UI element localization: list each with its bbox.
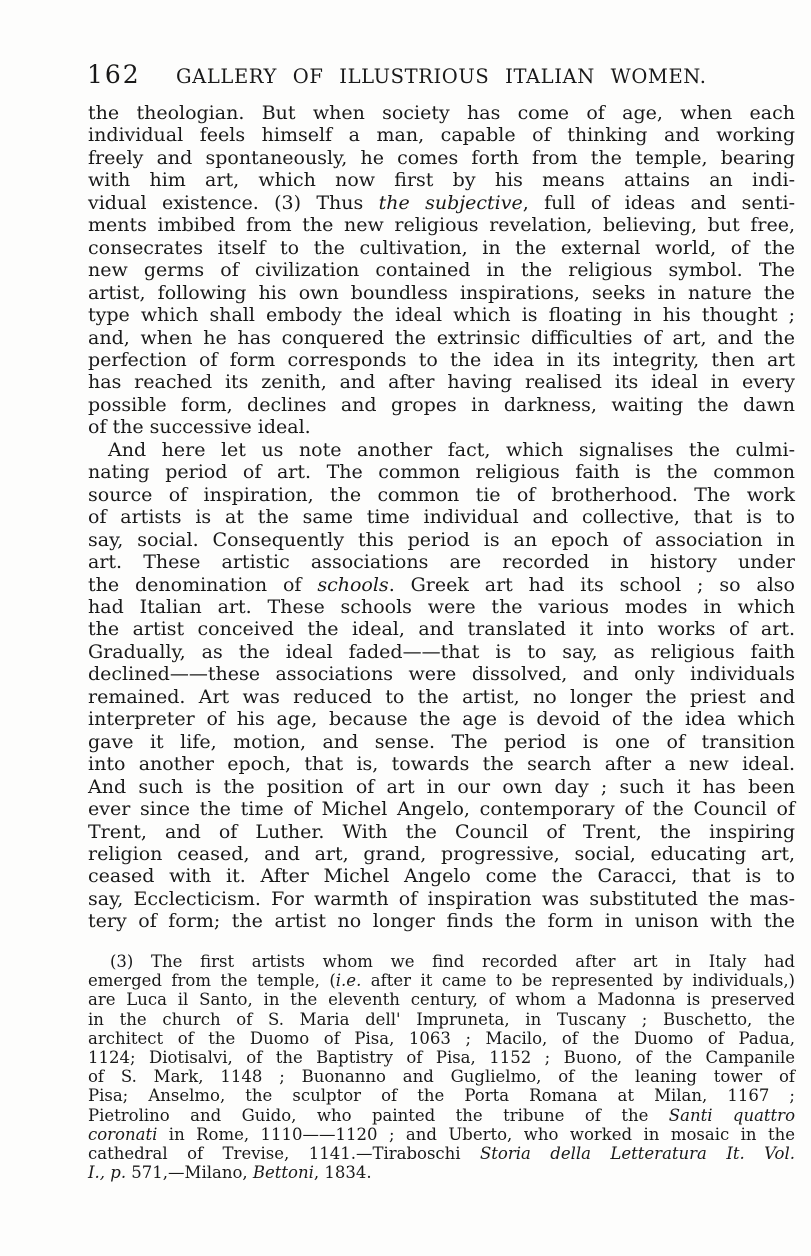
text-line: say, Ecclecticism. For warmth of inspira… xyxy=(88,888,795,910)
text-line: architect of the Duomo of Pisa, 1063 ; M… xyxy=(88,1029,795,1048)
text-segment: Pietrolino and Guido, who painted the tr… xyxy=(88,1106,669,1125)
text-segment: has reached its zenith, and after having… xyxy=(88,371,795,393)
text-segment: and, when he has conquered the extrinsic… xyxy=(88,327,795,349)
text-line: gave it life, motion, and sense. The per… xyxy=(88,731,795,753)
text-line: Trent, and of Luther. With the Council o… xyxy=(88,821,795,843)
footnote: (3) The first artists whom we find recor… xyxy=(88,952,795,1182)
text-segment: Trent, and of Luther. With the Council o… xyxy=(88,821,795,843)
text-line: Gradually, as the ideal faded——that is t… xyxy=(88,641,795,663)
text-line: into another epoch, that is, towards the… xyxy=(88,753,795,775)
italic-text: Storia della Letteratura It. Vol. xyxy=(480,1144,795,1163)
text-segment: architect of the Duomo of Pisa, 1063 ; M… xyxy=(88,1029,795,1048)
text-line: religion ceased, and art, grand, progres… xyxy=(88,843,795,865)
text-segment: (3) The first artists whom we find recor… xyxy=(110,952,795,971)
text-line: ments imbibed from the new religious rev… xyxy=(88,214,795,236)
text-segment: consecrates itself to the cultivation, i… xyxy=(88,237,795,259)
text-line: of the successive ideal. xyxy=(88,416,795,438)
text-line: interpreter of his age, because the age … xyxy=(88,708,795,730)
text-line: And here let us note another fact, which… xyxy=(88,439,795,461)
text-line: the denomination of schools. Greek art h… xyxy=(88,574,795,596)
text-line: in the church of S. Maria dell' Imprunet… xyxy=(88,1010,795,1029)
text-line: 1124; Diotisalvi, of the Baptistry of Pi… xyxy=(88,1048,795,1067)
text-line: possible form, declines and gropes in da… xyxy=(88,394,795,416)
text-line: new germs of civilization contained in t… xyxy=(88,259,795,281)
text-line: of S. Mark, 1148 ; Buonanno and Guglielm… xyxy=(88,1067,795,1086)
text-line: And such is the position of art in our o… xyxy=(88,776,795,798)
text-line: I., p. 571,—Milano, Bettoni, 1834. xyxy=(88,1163,795,1182)
text-segment: say, Ecclecticism. For warmth of inspira… xyxy=(88,888,795,910)
text-segment: of S. Mark, 1148 ; Buonanno and Guglielm… xyxy=(88,1067,795,1086)
italic-text: coronati xyxy=(88,1125,157,1144)
text-line: Pisa; Anselmo, the sculptor of the Porta… xyxy=(88,1086,795,1105)
text-segment: Pisa; Anselmo, the sculptor of the Porta… xyxy=(88,1086,795,1105)
text-segment: And such is the position of art in our o… xyxy=(88,776,795,798)
text-line: tery of form; the artist no longer finds… xyxy=(88,910,795,932)
text-segment: new germs of civilization contained in t… xyxy=(88,259,795,281)
text-segment: gave it life, motion, and sense. The per… xyxy=(88,731,795,753)
text-segment: into another epoch, that is, towards the… xyxy=(88,753,795,775)
book-page: 162 GALLERY OF ILLUSTRIOUS ITALIAN WOMEN… xyxy=(0,0,811,1256)
text-line: (3) The first artists whom we find recor… xyxy=(88,952,795,971)
text-segment: artist, following his own boundless insp… xyxy=(88,282,795,304)
text-segment: after it came to be represented by indiv… xyxy=(361,971,795,990)
italic-text: Santi quattro xyxy=(669,1106,795,1125)
text-line: individual feels himself a man, capable … xyxy=(88,124,795,146)
text-line: has reached its zenith, and after having… xyxy=(88,371,795,393)
text-segment: perfection of form corresponds to the id… xyxy=(88,349,795,371)
text-line: Pietrolino and Guido, who painted the tr… xyxy=(88,1106,795,1125)
text-line: artist, following his own boundless insp… xyxy=(88,282,795,304)
text-line: perfection of form corresponds to the id… xyxy=(88,349,795,371)
text-line: the artist conceived the ideal, and tran… xyxy=(88,618,795,640)
italic-text: Bettoni xyxy=(253,1163,314,1182)
running-title: GALLERY OF ILLUSTRIOUS ITALIAN WOMEN. xyxy=(176,65,707,88)
text-line: ever since the time of Michel Angelo, co… xyxy=(88,798,795,820)
text-line: with him art, which now first by his mea… xyxy=(88,169,795,191)
text-segment: individual feels himself a man, capable … xyxy=(88,124,795,146)
text-segment: say, social. Consequently this period is… xyxy=(88,529,795,551)
text-line: remained. Art was reduced to the artist,… xyxy=(88,686,795,708)
text-segment: And here let us note another fact, which… xyxy=(108,439,795,461)
text-line: source of inspiration, the common tie of… xyxy=(88,484,795,506)
text-line: cathedral of Trevise, 1141.—Tiraboschi S… xyxy=(88,1144,795,1163)
text-line: consecrates itself to the cultivation, i… xyxy=(88,237,795,259)
text-line: say, social. Consequently this period is… xyxy=(88,529,795,551)
text-segment: nating period of art. The common religio… xyxy=(88,461,795,483)
text-line: art. These artistic associations are rec… xyxy=(88,551,795,573)
text-segment: possible form, declines and gropes in da… xyxy=(88,394,795,416)
text-segment: emerged from the temple, ( xyxy=(88,971,336,990)
text-line: type which shall embody the ideal which … xyxy=(88,304,795,326)
text-segment: tery of form; the artist no longer finds… xyxy=(88,910,795,932)
text-segment: art. These artistic associations are rec… xyxy=(88,551,795,573)
italic-text: i.e. xyxy=(336,971,362,990)
text-line: nating period of art. The common religio… xyxy=(88,461,795,483)
text-segment: remained. Art was reduced to the artist,… xyxy=(88,686,795,708)
text-segment: . Greek art had its school ; so also xyxy=(389,574,795,596)
text-segment: Gradually, as the ideal faded——that is t… xyxy=(88,641,795,663)
text-segment: freely and spontaneously, he comes forth… xyxy=(88,147,795,169)
text-segment: ever since the time of Michel Angelo, co… xyxy=(88,798,795,820)
body-text: the theologian. But when society has com… xyxy=(88,102,795,933)
text-segment: type which shall embody the ideal which … xyxy=(88,304,795,326)
text-line: emerged from the temple, (i.e. after it … xyxy=(88,971,795,990)
text-segment: the theologian. But when society has com… xyxy=(88,102,795,124)
text-segment: of artists is at the same time individua… xyxy=(88,506,795,528)
text-segment: had Italian art. These schools were the … xyxy=(88,596,795,618)
text-line: are Luca il Santo, in the eleventh centu… xyxy=(88,990,795,1009)
text-line: ceased with it. After Michel Angelo come… xyxy=(88,865,795,887)
page-number: 162 xyxy=(87,60,141,89)
text-line: vidual existence. (3) Thus the subjectiv… xyxy=(88,192,795,214)
text-line: and, when he has conquered the extrinsic… xyxy=(88,327,795,349)
text-segment: , 1834. xyxy=(314,1163,372,1182)
text-line: freely and spontaneously, he comes forth… xyxy=(88,147,795,169)
text-segment: in the church of S. Maria dell' Imprunet… xyxy=(88,1010,795,1029)
text-line: of artists is at the same time individua… xyxy=(88,506,795,528)
text-line: declined——these associations were dissol… xyxy=(88,663,795,685)
text-segment: ceased with it. After Michel Angelo come… xyxy=(88,865,795,887)
text-segment: the denomination of xyxy=(88,574,317,596)
text-segment: , full of ideas and senti- xyxy=(523,192,795,214)
text-segment: in Rome, 1110——1120 ; and Uberto, who wo… xyxy=(157,1125,795,1144)
text-segment: 1124; Diotisalvi, of the Baptistry of Pi… xyxy=(88,1048,795,1067)
text-segment: source of inspiration, the common tie of… xyxy=(88,484,795,506)
text-line: coronati in Rome, 1110——1120 ; and Ubert… xyxy=(88,1125,795,1144)
text-line: had Italian art. These schools were the … xyxy=(88,596,795,618)
text-segment: of the successive ideal. xyxy=(88,416,311,438)
text-segment: interpreter of his age, because the age … xyxy=(88,708,795,730)
text-segment: vidual existence. (3) Thus xyxy=(88,192,379,214)
text-segment: ments imbibed from the new religious rev… xyxy=(88,214,795,236)
text-segment: 571,—Milano, xyxy=(126,1163,253,1182)
italic-text: schools xyxy=(317,574,388,596)
italic-text: I., p. xyxy=(88,1163,126,1182)
italic-text: the subjective xyxy=(379,192,523,214)
text-segment: with him art, which now first by his mea… xyxy=(88,169,795,191)
text-segment: religion ceased, and art, grand, progres… xyxy=(88,843,795,865)
text-segment: declined——these associations were dissol… xyxy=(88,663,795,685)
text-line: the theologian. But when society has com… xyxy=(88,102,795,124)
text-segment: cathedral of Trevise, 1141.—Tiraboschi xyxy=(88,1144,480,1163)
text-segment: are Luca il Santo, in the eleventh centu… xyxy=(88,990,795,1009)
page-header: 162 GALLERY OF ILLUSTRIOUS ITALIAN WOMEN… xyxy=(0,60,811,94)
text-segment: the artist conceived the ideal, and tran… xyxy=(88,618,795,640)
